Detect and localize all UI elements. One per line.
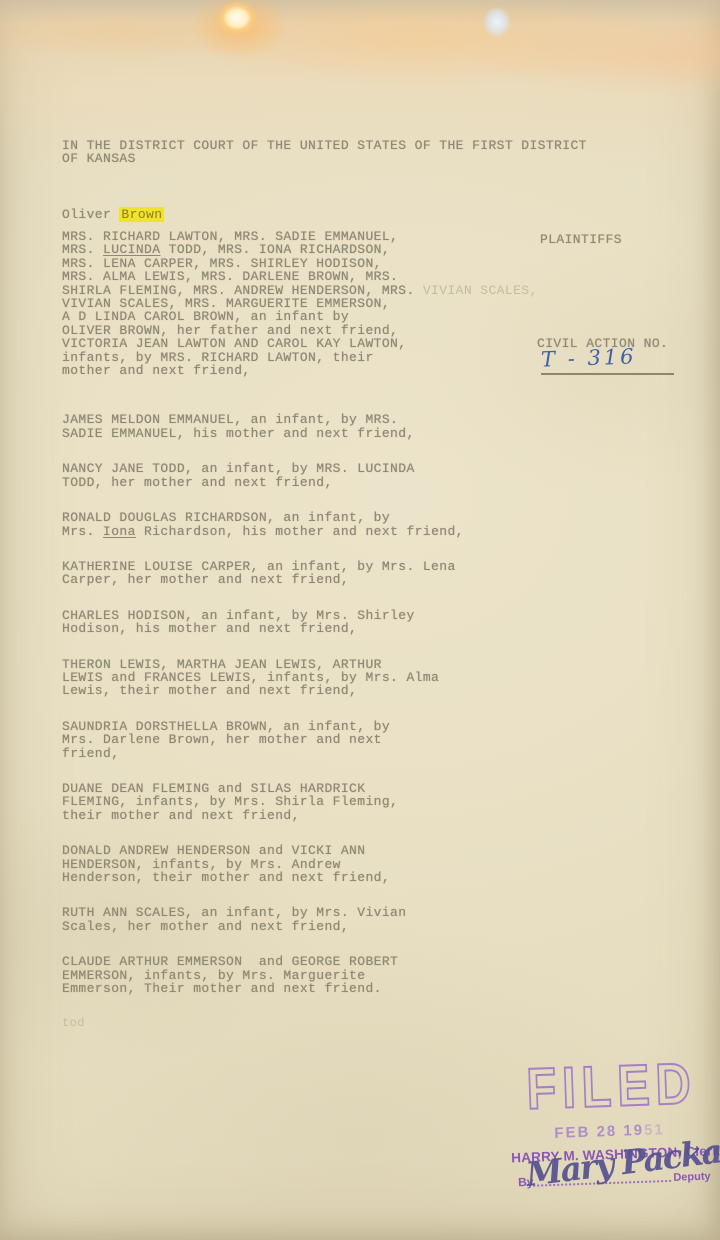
filed-stamp: FILED FEB 28 1951 HARRY M. WASHINGTON, C… [498, 1052, 720, 1190]
caption-paragraph-todd: NANCY JANE TODD, an infant, by MRS. LUCI… [62, 462, 542, 489]
caption-line: SAUNDRIA DORSTHELLA BROWN, an infant, by [62, 720, 542, 733]
caption-paragraph-carper: KATHERINE LOUISE CARPER, an infant, by M… [62, 560, 542, 587]
filed-text: FILED [525, 1052, 697, 1121]
caption-line: Lewis, their mother and next friend, [62, 684, 542, 697]
case-number-block: T - 316 [541, 346, 674, 375]
caption-line: JAMES MELDON EMMANUEL, an infant, by MRS… [62, 413, 542, 426]
caption-line: SHIRLA FLEMING, MRS. ANDREW HENDERSON, M… [62, 284, 542, 297]
petitioner-name: Oliver Brown [62, 208, 164, 221]
erased-text: VIVIAN SCALES, [423, 283, 538, 298]
scanned-court-document: IN THE DISTRICT COURT OF THE UNITED STAT… [0, 0, 720, 1240]
caption-line: DONALD ANDREW HENDERSON and VICKI ANN [62, 844, 542, 857]
caption-line: TODD, her mother and next friend, [62, 476, 542, 489]
caption-line: MRS. RICHARD LAWTON, MRS. SADIE EMMANUEL… [62, 230, 542, 243]
caption-line: OLIVER BROWN, her father and next friend… [62, 324, 542, 337]
filed-outline-lettering: FILED [524, 1052, 716, 1121]
caption-line-segment: Mrs. [62, 524, 103, 539]
caption-line: MRS. LUCINDA TODD, MRS. IONA RICHARDSON, [62, 243, 542, 256]
court-header: IN THE DISTRICT COURT OF THE UNITED STAT… [62, 139, 587, 166]
caption-line: SADIE EMMANUEL, his mother and next frie… [62, 427, 542, 440]
caption-line: Henderson, their mother and next friend, [62, 871, 542, 884]
caption-paragraph-richardson: RONALD DOUGLAS RICHARDSON, an infant, by… [62, 511, 542, 538]
case-number-handwritten: T - 316 [541, 344, 637, 371]
caption-line-segment: Richardson, his mother and next friend, [136, 524, 464, 539]
caption-line: LEWIS and FRANCES LEWIS, infants, by Mrs… [62, 671, 542, 684]
caption-line: CLAUDE ARTHUR EMMERSON and GEORGE ROBERT [62, 955, 542, 968]
petitioner-first-name: Oliver [62, 207, 119, 222]
caption-paragraph-emmerson: CLAUDE ARTHUR EMMERSON and GEORGE ROBERT… [62, 955, 542, 995]
caption-line: EMMERSON, infants, by Mrs. Marguerite [62, 969, 542, 982]
caption-line: FLEMING, infants, by Mrs. Shirla Fleming… [62, 795, 542, 808]
caption-line: RUTH ANN SCALES, an infant, by Mrs. Vivi… [62, 906, 542, 919]
caption-paragraph-henderson: DONALD ANDREW HENDERSON and VICKI ANN HE… [62, 844, 542, 884]
underlined-name: Iona [103, 524, 136, 539]
caption-line: THERON LEWIS, MARTHA JEAN LEWIS, ARTHUR [62, 658, 542, 671]
caption-line: RONALD DOUGLAS RICHARDSON, an infant, by [62, 511, 542, 524]
caption-line: mother and next friend, [62, 364, 542, 377]
caption-paragraph-hodison: CHARLES HODISON, an infant, by Mrs. Shir… [62, 609, 542, 636]
stamp-date-main: FEB 28 19 [554, 1122, 644, 1142]
case-number-underline [541, 373, 674, 375]
caption-line: VICTORIA JEAN LAWTON AND CAROL KAY LAWTO… [62, 337, 542, 350]
caption-line: Mrs. Iona Richardson, his mother and nex… [62, 525, 542, 538]
deputy-line: By Deputy Mary Packard [518, 1168, 720, 1189]
caption-paragraph-plaintiff-mothers: MRS. RICHARD LAWTON, MRS. SADIE EMMANUEL… [62, 230, 542, 377]
stamp-date-faded: 51 [644, 1121, 665, 1139]
filed-stamp-word: FILED [524, 1052, 720, 1126]
caption-line: KATHERINE LOUISE CARPER, an infant, by M… [62, 560, 542, 573]
caption-line: Emmerson, Their mother and next friend. [62, 982, 542, 995]
highlight-mark: Brown [119, 207, 164, 222]
plaintiffs-label: PLAINTIFFS [540, 233, 622, 246]
caption-line: MRS. LENA CARPER, MRS. SHIRLEY HODISON, [62, 257, 542, 270]
faint-pencil-mark: tod [62, 1017, 542, 1030]
caption-paragraph-brown: SAUNDRIA DORSTHELLA BROWN, an infant, by… [62, 720, 542, 760]
caption-line: A D LINDA CAROL BROWN, an infant by [62, 310, 542, 323]
caption-line: MRS. ALMA LEWIS, MRS. DARLENE BROWN, MRS… [62, 270, 542, 283]
caption-body: MRS. RICHARD LAWTON, MRS. SADIE EMMANUEL… [62, 230, 542, 1031]
caption-line: Hodison, his mother and next friend, [62, 622, 542, 635]
caption-line: DUANE DEAN FLEMING and SILAS HARDRICK [62, 782, 542, 795]
caption-line: NANCY JANE TODD, an infant, by MRS. LUCI… [62, 462, 542, 475]
caption-line: infants, by MRS. RICHARD LAWTON, their [62, 351, 542, 364]
caption-line: HENDERSON, infants, by Mrs. Andrew [62, 858, 542, 871]
caption-paragraph-lewis: THERON LEWIS, MARTHA JEAN LEWIS, ARTHUR … [62, 658, 542, 698]
caption-line: Mrs. Darlene Brown, her mother and next [62, 733, 542, 746]
caption-paragraph-scales: RUTH ANN SCALES, an infant, by Mrs. Vivi… [62, 906, 542, 933]
caption-line: Scales, her mother and next friend, [62, 920, 542, 933]
caption-paragraph-fleming: DUANE DEAN FLEMING and SILAS HARDRICK FL… [62, 782, 542, 822]
caption-line: friend, [62, 747, 542, 760]
caption-line: VIVIAN SCALES, MRS. MARGUERITE EMMERSON, [62, 297, 542, 310]
caption-paragraph-emmanuel: JAMES MELDON EMMANUEL, an infant, by MRS… [62, 413, 542, 440]
caption-line: their mother and next friend, [62, 809, 542, 822]
caption-line: CHARLES HODISON, an infant, by Mrs. Shir… [62, 609, 542, 622]
caption-line: Carper, her mother and next friend, [62, 573, 542, 586]
court-header-line-2: OF KANSAS [62, 152, 587, 165]
court-header-line-1: IN THE DISTRICT COURT OF THE UNITED STAT… [62, 139, 587, 152]
